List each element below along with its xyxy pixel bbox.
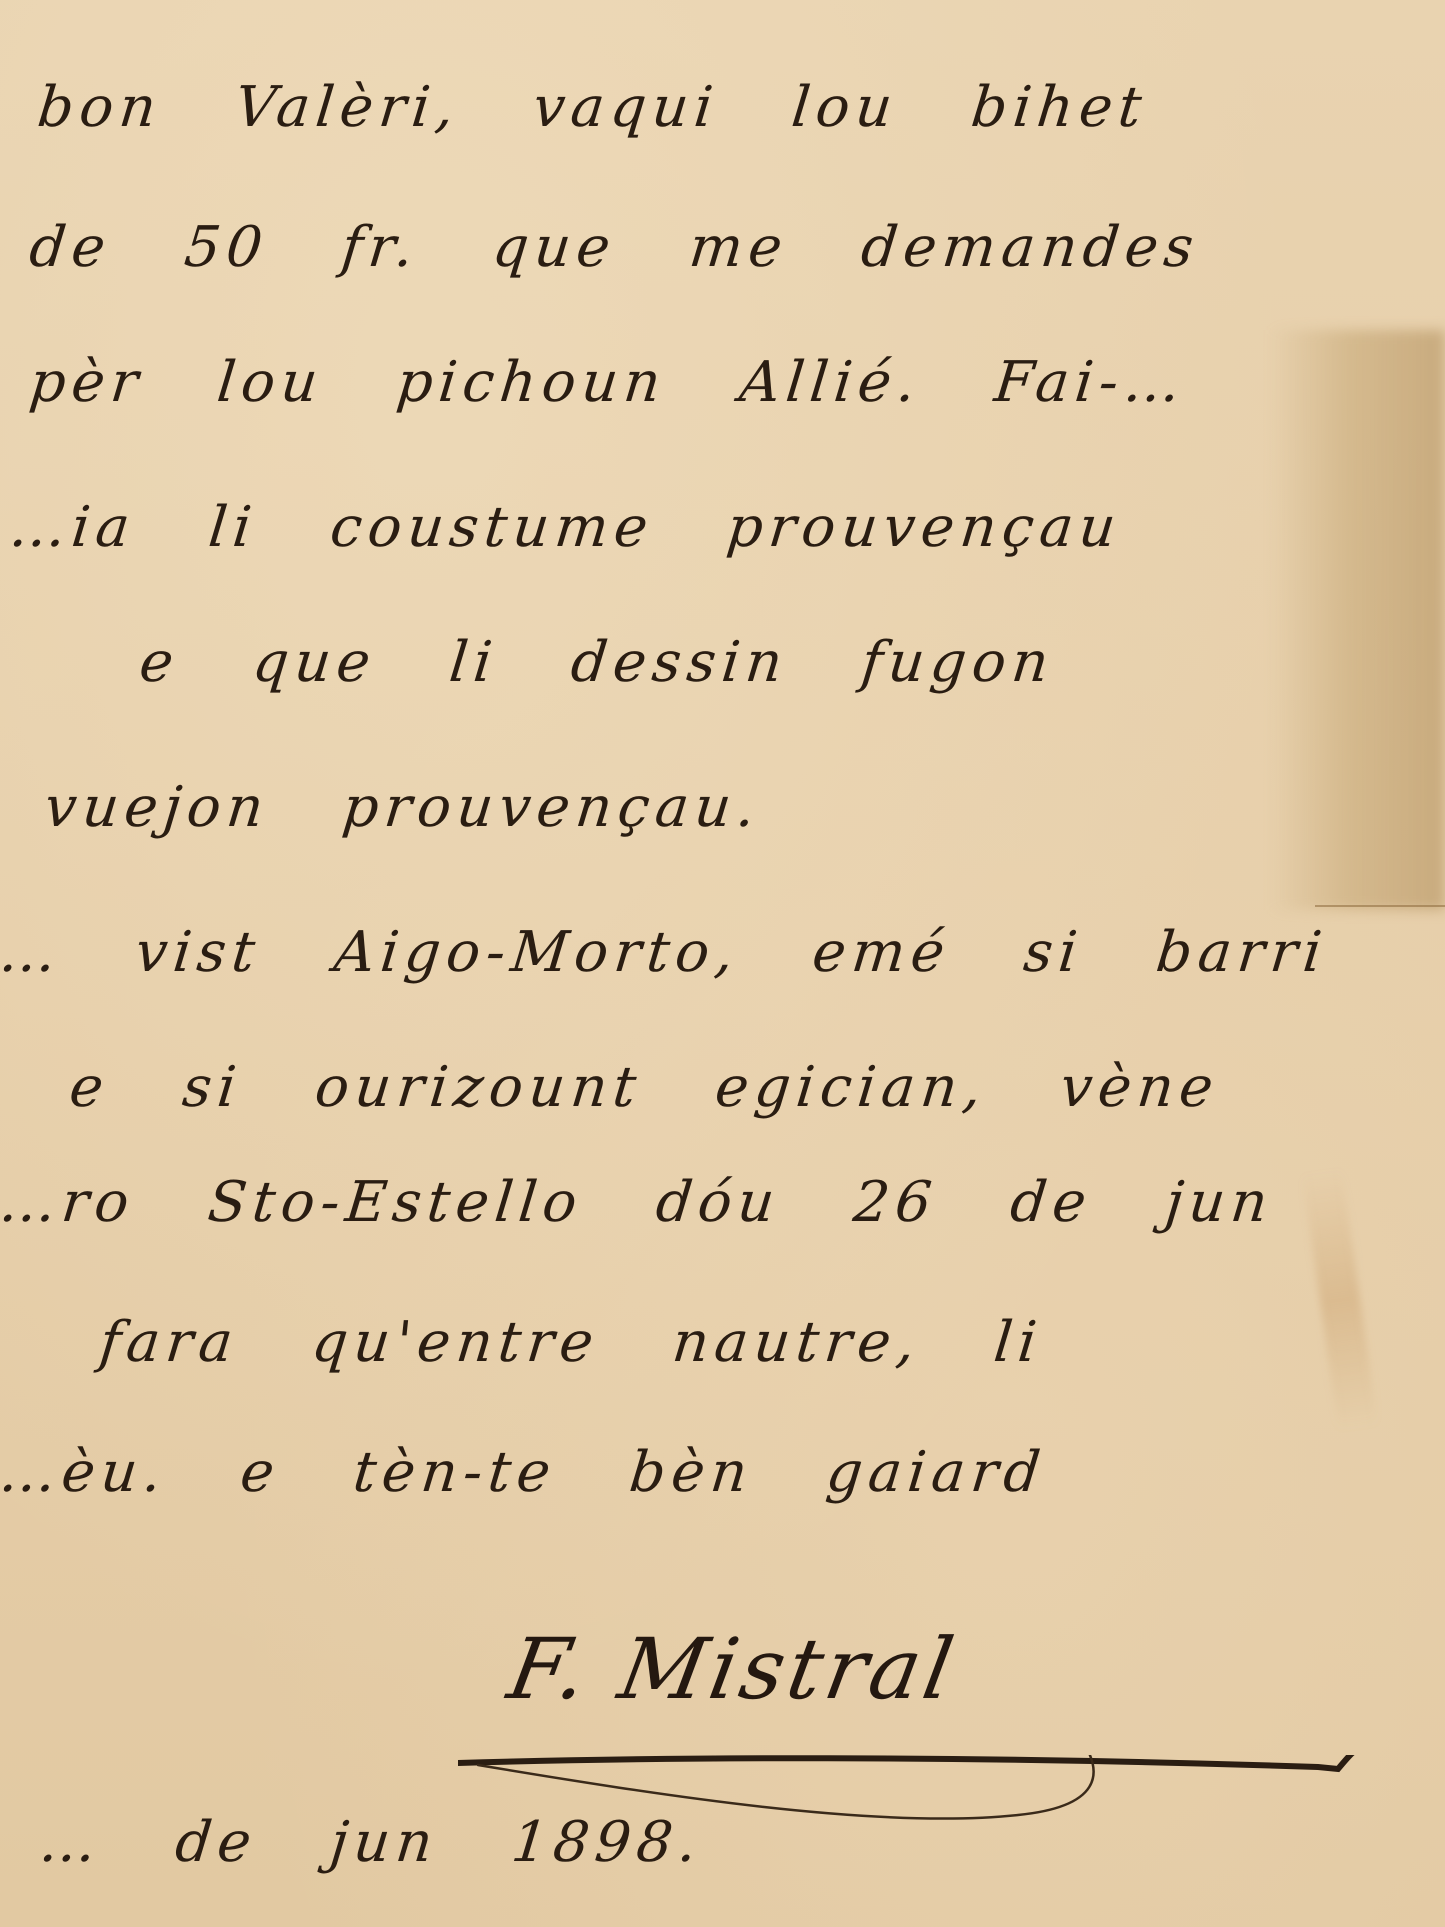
letter-line-11: …èu. e tèn-te bèn gaiard: [0, 1440, 1049, 1505]
letter-date: … de jun 1898.: [37, 1810, 706, 1875]
letter-line-3: pèr lou pichoun Allié. Fai-…: [27, 350, 1190, 415]
letter-line-6: vuejon prouvençau.: [42, 775, 764, 840]
letter-line-8: e si ourizount egician, vène: [67, 1055, 1223, 1120]
letter-line-10: fara qu'entre nautre, li: [97, 1310, 1046, 1375]
letter-line-9: …ro Sto-Estello dóu 26 de jun: [0, 1170, 1277, 1235]
signature: F. Mistral: [501, 1620, 964, 1718]
letter-line-7: … vist Aigo-Morto, emé si barri: [0, 920, 1331, 985]
letter-line-5: e que li dessin fugon: [137, 630, 1058, 695]
letter-line-1: bon Valèri, vaqui lou bihet: [35, 75, 1151, 140]
handwritten-letter: bon Valèri, vaqui lou bihet de 50 fr. qu…: [0, 0, 1445, 1927]
letter-line-4: …ia li coustume prouvençau: [7, 495, 1125, 560]
letter-line-2: de 50 fr. que me demandes: [27, 215, 1203, 280]
